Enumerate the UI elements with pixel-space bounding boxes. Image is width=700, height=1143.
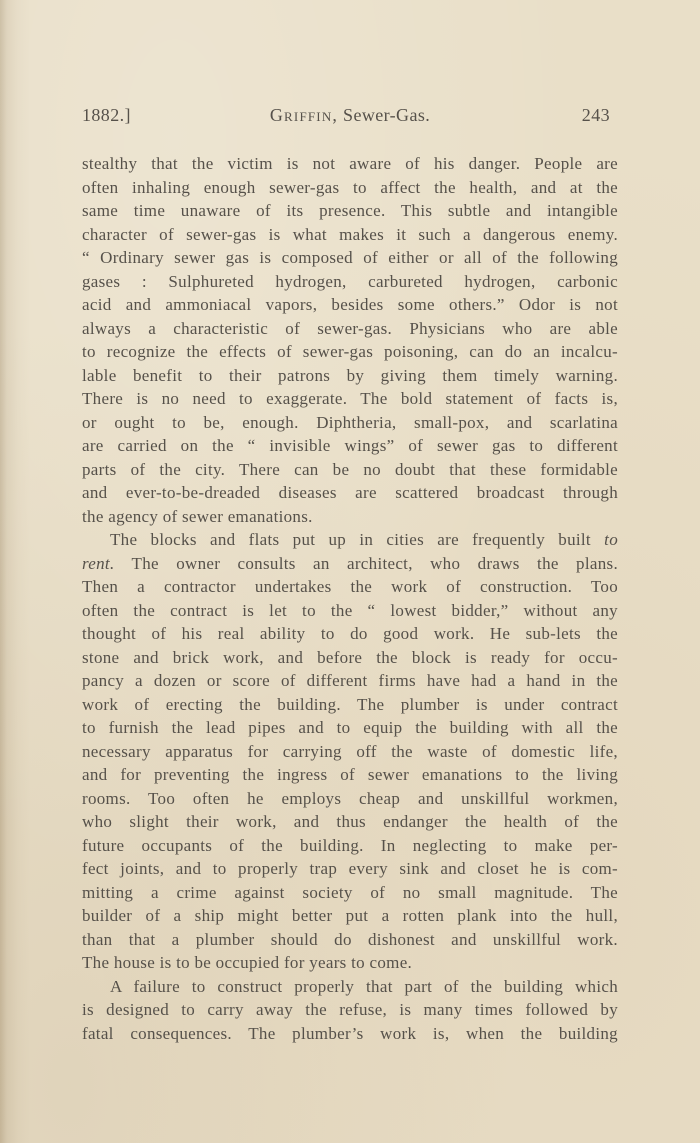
text-line: and for preventing the ingress of sewer … xyxy=(82,763,618,787)
text-line: stone and brick work, and before the blo… xyxy=(82,646,618,670)
text-line: rooms. Too often he employs cheap and un… xyxy=(82,787,618,811)
text-line: work of erecting the building. The plumb… xyxy=(82,693,618,717)
text-line: future occupants of the building. In neg… xyxy=(82,834,618,858)
scanned-book-page: 1882.] Griffin, Sewer-Gas. 243 stealthy … xyxy=(0,0,700,1143)
text-line: is designed to carry away the refuse, is… xyxy=(82,998,618,1022)
text-line: mitting a crime against society of no sm… xyxy=(82,881,618,905)
paragraph: The blocks and flats put up in cities ar… xyxy=(82,528,618,975)
running-title-author: Griffin, xyxy=(270,105,338,125)
text-line: same time unaware of its presence. This … xyxy=(82,199,618,223)
page-body: stealthy that the victim is not aware of… xyxy=(82,152,618,1045)
text-line: The blocks and flats put up in cities ar… xyxy=(82,528,618,552)
running-title: Griffin, Sewer-Gas. xyxy=(82,105,618,126)
text-line: often the contract is let to the “ lowes… xyxy=(82,599,618,623)
text-line: acid and ammoniacal vapors, besides some… xyxy=(82,293,618,317)
text-line: stealthy that the victim is not aware of… xyxy=(82,152,618,176)
text-line: fect joints, and to properly trap every … xyxy=(82,857,618,881)
text-line: The house is to be occupied for years to… xyxy=(82,951,618,975)
text-line: “ Ordinary sewer gas is composed of eith… xyxy=(82,246,618,270)
text-line: are carried on the “ invisible wings” of… xyxy=(82,434,618,458)
paragraph: A failure to construct properly that par… xyxy=(82,975,618,1046)
text-line: always a characteristic of sewer-gas. Ph… xyxy=(82,317,618,341)
running-title-subject: Sewer-Gas. xyxy=(343,105,430,125)
text-line: rent. The owner consults an architect, w… xyxy=(82,552,618,576)
text-line: pancy a dozen or score of different firm… xyxy=(82,669,618,693)
text-line: character of sewer-gas is what makes it … xyxy=(82,223,618,247)
text-line: necessary apparatus for carrying off the… xyxy=(82,740,618,764)
paragraph: stealthy that the victim is not aware of… xyxy=(82,152,618,528)
text-line: and ever-to-be-dreaded diseases are scat… xyxy=(82,481,618,505)
text-line: thought of his real ability to do good w… xyxy=(82,622,618,646)
text-line: to furnish the lead pipes and to equip t… xyxy=(82,716,618,740)
text-line: or ought to be, enough. Diphtheria, smal… xyxy=(82,411,618,435)
text-line: who slight their work, and thus endanger… xyxy=(82,810,618,834)
text-line: builder of a ship might better put a rot… xyxy=(82,904,618,928)
text-line: the agency of sewer emanations. xyxy=(82,505,618,529)
text-line: gases : Sulphureted hydrogen, carbureted… xyxy=(82,270,618,294)
text-line: often inhaling enough sewer-gas to affec… xyxy=(82,176,618,200)
page-number: 243 xyxy=(582,105,610,126)
text-line: There is no need to exaggerate. The bold… xyxy=(82,387,618,411)
text-line: parts of the city. There can be no doubt… xyxy=(82,458,618,482)
text-line: lable benefit to their patrons by giving… xyxy=(82,364,618,388)
text-line: to recognize the effects of sewer-gas po… xyxy=(82,340,618,364)
text-line: fatal consequences. The plumber’s work i… xyxy=(82,1022,618,1046)
running-header: 1882.] Griffin, Sewer-Gas. 243 xyxy=(82,105,618,129)
text-line: Then a contractor undertakes the work of… xyxy=(82,575,618,599)
text-line: than that a plumber should do dishonest … xyxy=(82,928,618,952)
text-line: A failure to construct properly that par… xyxy=(82,975,618,999)
